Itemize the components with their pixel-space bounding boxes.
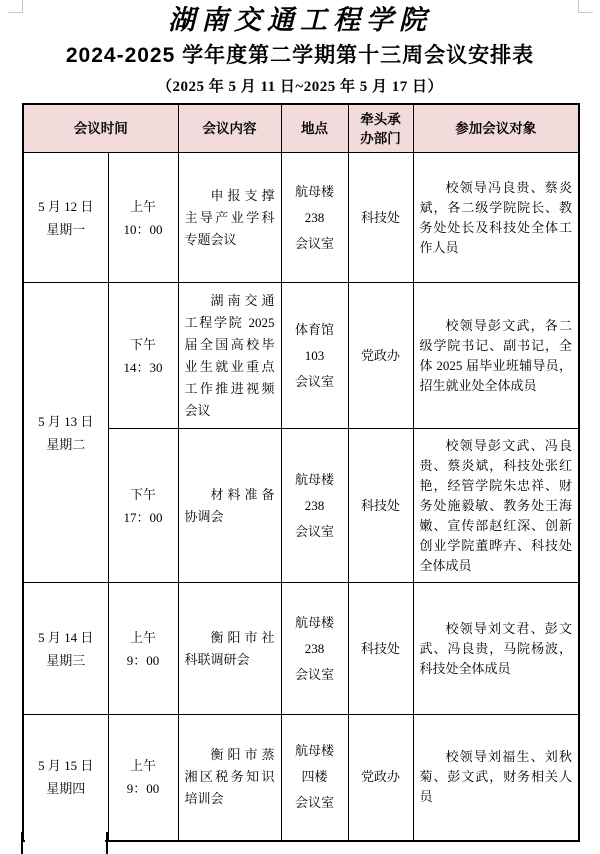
cell-date: 5 月 15 日 星期四: [23, 715, 108, 841]
page-title: 湖南交通工程学院: [0, 5, 600, 37]
cell-department: 科技处: [348, 153, 413, 283]
period-text: 上午: [115, 754, 172, 777]
cell-location: 体育馆 103 会议室: [281, 283, 348, 429]
cell-date: 5 月 14 日 星期三: [23, 583, 108, 715]
time-text: 9：00: [115, 649, 172, 672]
cell-department: 党政办: [348, 715, 413, 841]
table-row: 5 月 12 日 星期一 上午 10：00 申报支撑主导产业学科专题会议 航母楼…: [23, 153, 579, 283]
time-text: 9：00: [115, 777, 172, 800]
cell-participants: 校领导冯良贵、蔡炎斌，各二级学院院长、教务处处长及科技处全体工作人员: [413, 153, 579, 283]
page-subtitle: 2024-2025 学年度第二学期第十三周会议安排表: [0, 42, 600, 70]
table-row: 5 月 14 日 星期三 上午 9：00 衡阳市社科联调研会 航母楼 238 会…: [23, 583, 579, 715]
weekday-text: 星期二: [30, 433, 102, 456]
col-header-department: 牵头承 办部门: [348, 104, 413, 153]
col-header-meeting-time: 会议时间: [23, 104, 178, 153]
cell-participants: 校领导刘文君、彭文武、冯良贵，马院杨波，科技处全体成员: [413, 583, 579, 715]
cell-department: 党政办: [348, 283, 413, 429]
date-text: 5 月 14 日: [30, 626, 102, 649]
time-text: 14：30: [115, 356, 172, 379]
time-text: 17：00: [115, 506, 172, 529]
cell-content: 申报支撑主导产业学科专题会议: [178, 153, 281, 283]
cell-location: 航母楼 四楼 会议室: [281, 715, 348, 841]
header-row: 会议时间 会议内容 地点 牵头承 办部门 参加会议对象: [23, 104, 579, 153]
cell-content: 衡阳市蒸湘区税务知识培训会: [178, 715, 281, 841]
cell-participants: 校领导刘福生、刘秋菊、彭文武，财务相关人员: [413, 715, 579, 841]
period-text: 下午: [115, 333, 172, 356]
weekday-text: 星期四: [30, 777, 102, 800]
table-row: 5 月 15 日 星期四 上午 9：00 衡阳市蒸湘区税务知识培训会 航母楼 四…: [23, 715, 579, 841]
cell-date: 5 月 13 日 星期二: [23, 283, 108, 583]
period-text: 下午: [115, 483, 172, 506]
cell-content: 材料准备协调会: [178, 429, 281, 583]
period-text: 上午: [115, 195, 172, 218]
time-text: 10：00: [115, 218, 172, 241]
cell-department: 科技处: [348, 583, 413, 715]
weekday-text: 星期三: [30, 649, 102, 672]
cell-participants: 校领导彭文武，各二级学院书记、副书记，全体 2025 届毕业班辅导员，招生就业处…: [413, 283, 579, 429]
cell-location: 航母楼 238 会议室: [281, 429, 348, 583]
cell-date: 5 月 12 日 星期一: [23, 153, 108, 283]
document-page: 湖南交通工程学院 2024-2025 学年度第二学期第十三周会议安排表 （202…: [0, 0, 600, 854]
col-header-participants: 参加会议对象: [413, 104, 579, 153]
cutoff-border-left: [21, 832, 23, 854]
cutoff-cell-mask: [25, 836, 105, 850]
cell-time: 上午 10：00: [108, 153, 178, 283]
date-text: 5 月 15 日: [30, 754, 102, 777]
cell-time: 下午 14：30: [108, 283, 178, 429]
date-range: （2025 年 5 月 11 日~2025 年 5 月 17 日）: [0, 76, 600, 98]
cutoff-border-right: [106, 832, 108, 854]
col-header-location: 地点: [281, 104, 348, 153]
date-text: 5 月 13 日: [30, 410, 102, 433]
cell-participants: 校领导彭文武、冯良贵、蔡炎斌，科技处张红艳，经管学院朱忠祥、财务处施毅敏、教务处…: [413, 429, 579, 583]
meeting-schedule-table: 会议时间 会议内容 地点 牵头承 办部门 参加会议对象 5 月 12 日 星期一…: [22, 103, 580, 842]
cell-time: 下午 17：00: [108, 429, 178, 583]
date-text: 5 月 12 日: [30, 195, 102, 218]
cell-department: 科技处: [348, 429, 413, 583]
cell-content: 湖南交通工程学院 2025 届全国高校毕业生就业重点工作推进视频会议: [178, 283, 281, 429]
weekday-text: 星期一: [30, 218, 102, 241]
period-text: 上午: [115, 626, 172, 649]
cell-location: 航母楼 238 会议室: [281, 153, 348, 283]
cell-time: 上午 9：00: [108, 583, 178, 715]
cell-content: 衡阳市社科联调研会: [178, 583, 281, 715]
cell-time: 上午 9：00: [108, 715, 178, 841]
table-row: 5 月 13 日 星期二 下午 14：30 湖南交通工程学院 2025 届全国高…: [23, 283, 579, 429]
cell-location: 航母楼 238 会议室: [281, 583, 348, 715]
col-header-meeting-content: 会议内容: [178, 104, 281, 153]
